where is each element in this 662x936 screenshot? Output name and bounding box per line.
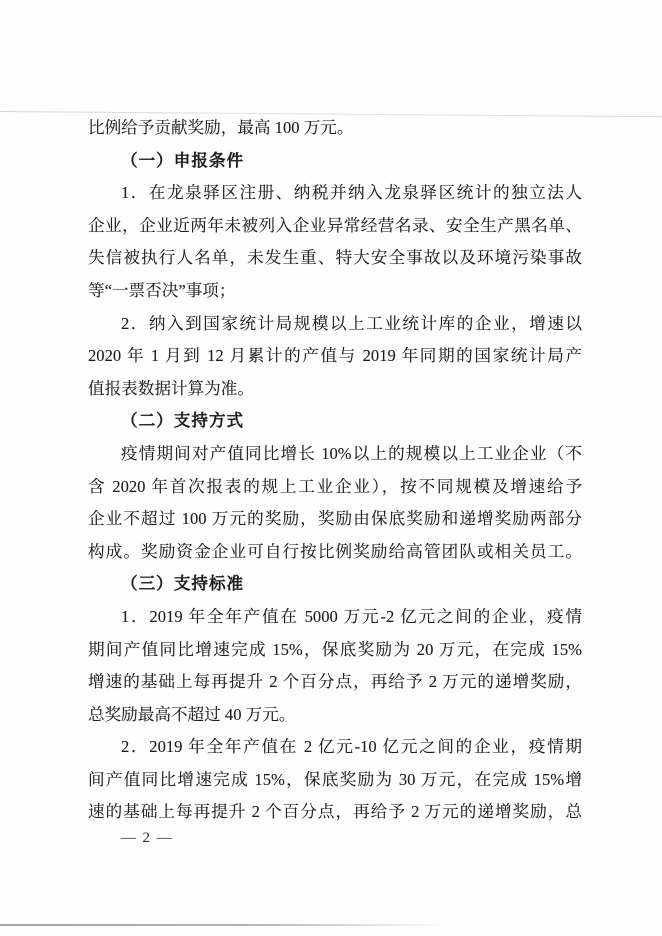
text-line: 含 2020 年首次报表的规上工业企业），按不同规模及增速给予 <box>88 471 582 504</box>
document-text-block: 比例给予贡献奖励，最高 100 万元。 （一）申报条件 1．在龙泉驿区注册、纳税… <box>88 112 582 829</box>
text-line: 2．纳入到国家统计局规模以上工业统计库的企业，增速以 <box>88 308 582 341</box>
text-line: 2．2019 年全年产值在 2 亿元-10 亿元之间的企业，疫情期 <box>88 731 582 764</box>
text-line: 1．在龙泉驿区注册、纳税并纳入龙泉驿区统计的独立法人 <box>88 177 582 210</box>
text-line: 增速的基础上每再提升 2 个百分点，再给予 2 万元的递增奖励， <box>88 666 582 699</box>
scan-artifact-line-bottom <box>0 924 448 926</box>
document-page: 比例给予贡献奖励，最高 100 万元。 （一）申报条件 1．在龙泉驿区注册、纳税… <box>0 0 662 936</box>
text-line: 失信被执行人名单，未发生重、特大安全事故以及环境污染事故 <box>88 242 582 275</box>
text-line: 企业，企业近两年未被列入企业异常经营名录、安全生产黑名单、 <box>88 210 582 243</box>
section-heading: （一）申报条件 <box>88 145 582 178</box>
text-line: 构成。奖励资金企业可自行按比例奖励给高管团队或相关员工。 <box>88 536 582 569</box>
text-line: 比例给予贡献奖励，最高 100 万元。 <box>88 112 582 145</box>
text-line: 等“一票否决”事项； <box>88 275 582 308</box>
text-line: 1．2019 年全年产值在 5000 万元-2 亿元之间的企业，疫情 <box>88 601 582 634</box>
page-number: — 2 — <box>102 830 192 847</box>
text-line: 速的基础上每再提升 2 个百分点，再给予 2 万元的递增奖励，总 <box>88 796 582 829</box>
section-heading: （二）支持方式 <box>88 405 582 438</box>
text-line: 2020 年 1 月到 12 月累计的产值与 2019 年同期的国家统计局产 <box>88 340 582 373</box>
text-line: 疫情期间对产值同比增长 10%以上的规模以上工业企业（不 <box>88 438 582 471</box>
text-line: 企业不超过 100 万元的奖励，奖励由保底奖励和递增奖励两部分 <box>88 503 582 536</box>
text-line: 期间产值同比增速完成 15%，保底奖励为 20 万元，在完成 15% <box>88 634 582 667</box>
section-heading: （三）支持标准 <box>88 568 582 601</box>
text-line: 间产值同比增速完成 15%，保底奖励为 30 万元，在完成 15%增 <box>88 764 582 797</box>
text-line: 值报表数据计算为准。 <box>88 373 582 406</box>
text-line: 总奖励最高不超过 40 万元。 <box>88 699 582 732</box>
